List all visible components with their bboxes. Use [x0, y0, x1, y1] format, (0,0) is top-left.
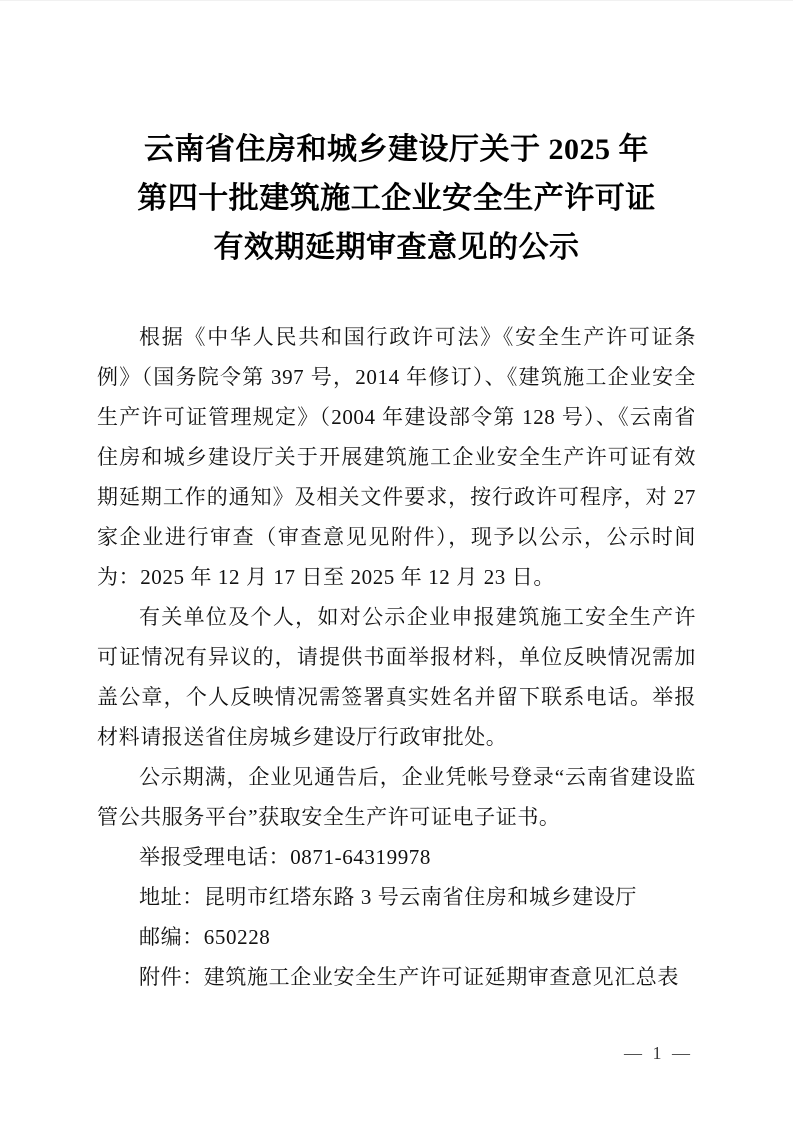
address-line: 地址：昆明市红塔东路 3 号云南省住房和城乡建设厅 — [97, 877, 696, 917]
document-title: 云南省住房和城乡建设厅关于 2025 年 第四十批建筑施工企业安全生产许可证 有… — [97, 125, 696, 272]
document-page: 云南省住房和城乡建设厅关于 2025 年 第四十批建筑施工企业安全生产许可证 有… — [0, 0, 793, 1122]
report-phone-line: 举报受理电话：0871-64319978 — [97, 837, 696, 877]
document-body: 根据《中华人民共和国行政许可法》《安全生产许可证条例》（国务院令第 397 号，… — [97, 317, 696, 997]
document-title-line-1: 云南省住房和城乡建设厅关于 2025 年 — [97, 125, 696, 174]
paragraph-objection-instructions: 有关单位及个人，如对公示企业申报建筑施工安全生产许可证情况有异议的，请提供书面举… — [97, 597, 696, 757]
paragraph-certificate-retrieval: 公示期满，企业见通告后，企业凭帐号登录“云南省建设监管公共服务平台”获取安全生产… — [97, 757, 696, 837]
paragraph-legal-basis: 根据《中华人民共和国行政许可法》《安全生产许可证条例》（国务院令第 397 号，… — [97, 317, 696, 597]
postal-code-line: 邮编：650228 — [97, 917, 696, 957]
page-number: — 1 — — [624, 1042, 693, 1064]
attachment-line: 附件：建筑施工企业安全生产许可证延期审查意见汇总表 — [97, 957, 696, 997]
document-title-line-3: 有效期延期审查意见的公示 — [97, 223, 696, 272]
document-title-line-2: 第四十批建筑施工企业安全生产许可证 — [97, 174, 696, 223]
